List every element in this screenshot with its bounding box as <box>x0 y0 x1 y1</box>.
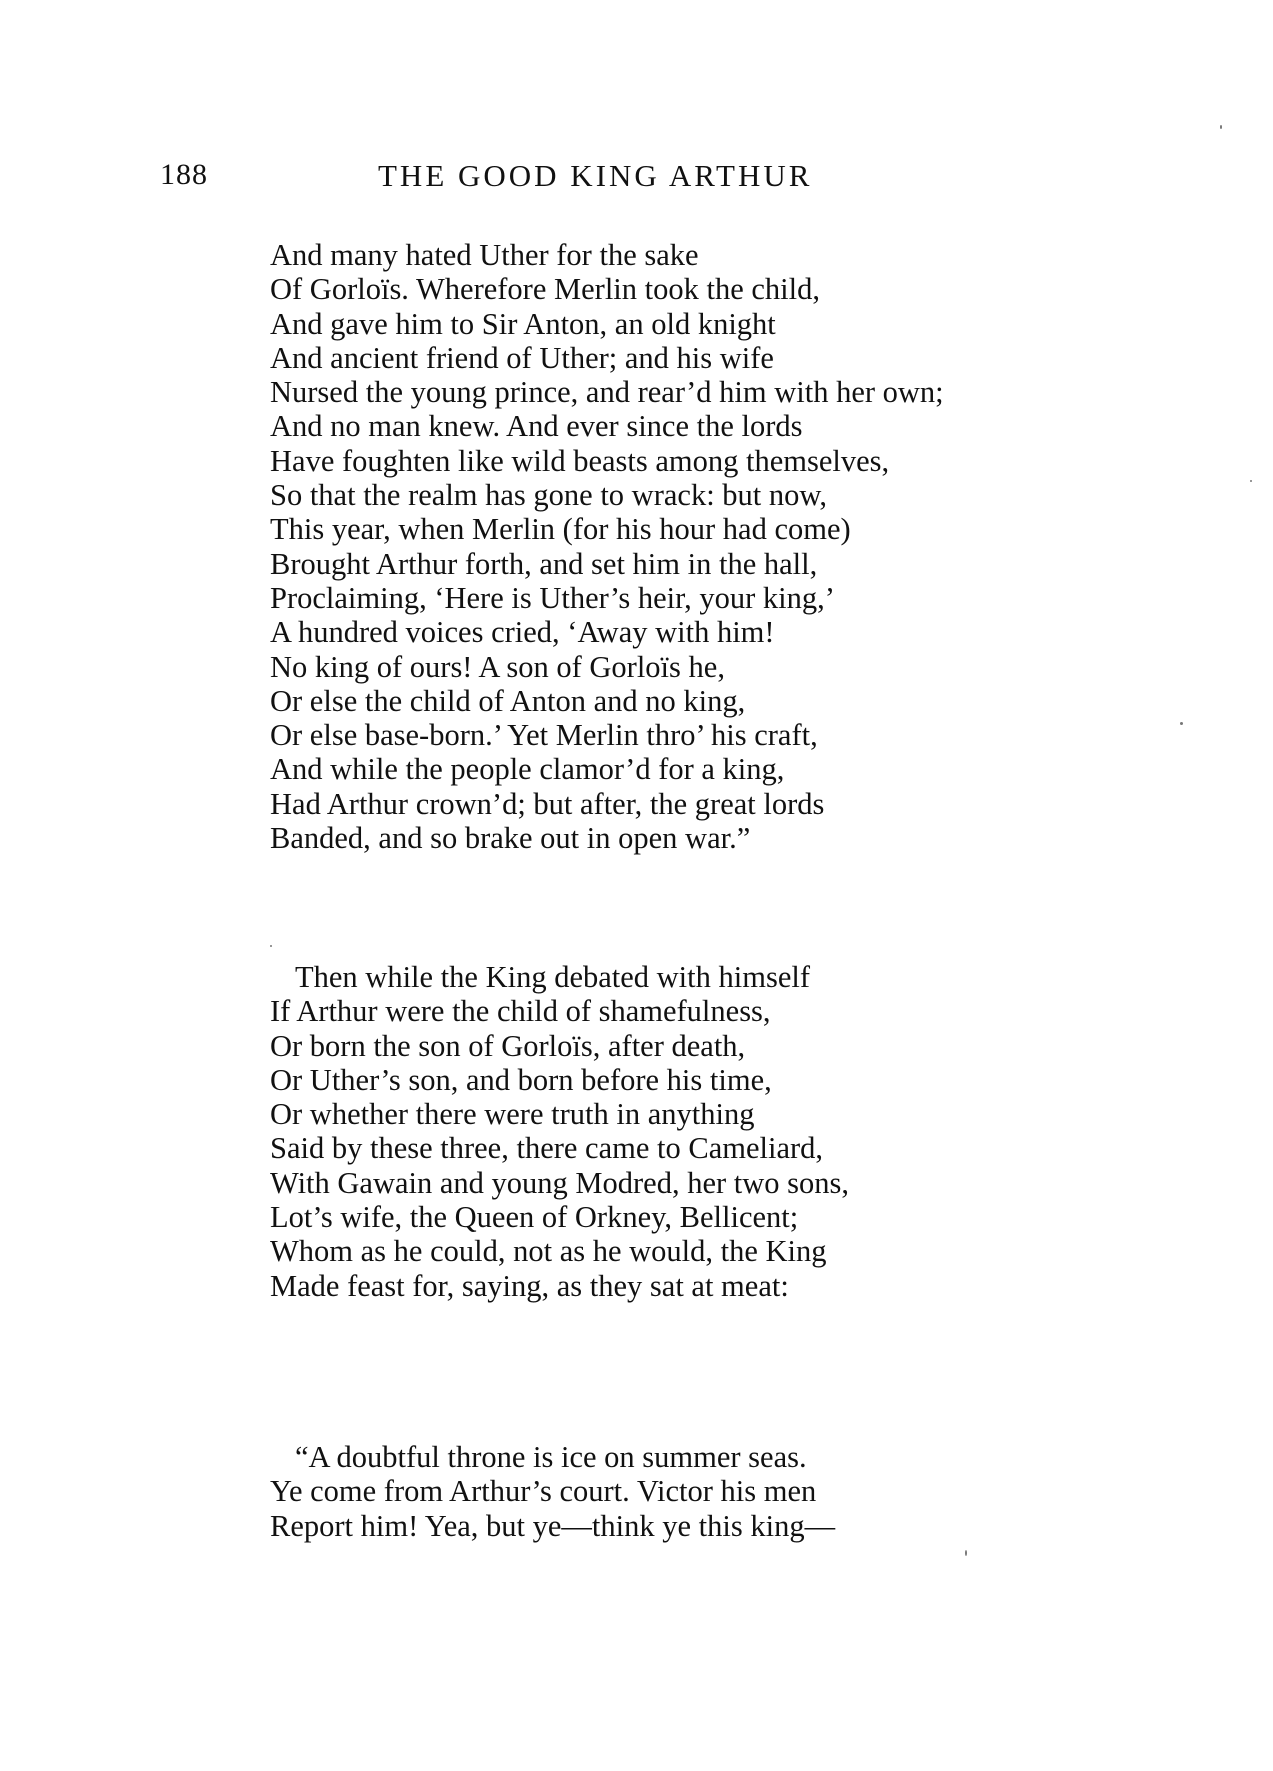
verse-line: Or else base-born.’ Yet Merlin thro’ his… <box>270 718 944 752</box>
verse-line: And no man knew. And ever since the lord… <box>270 409 944 443</box>
running-head: 188 THE GOOD KING ARTHUR <box>160 158 940 198</box>
verse-line: Or else the child of Anton and no king, <box>270 684 944 718</box>
page-number: 188 <box>160 158 208 192</box>
verse-line: If Arthur were the child of shamefulness… <box>270 994 849 1028</box>
running-title: THE GOOD KING ARTHUR <box>378 158 812 194</box>
stanza-2: Then while the King debated with himself… <box>270 960 849 1303</box>
verse-line: Of Gorloïs. Wherefore Merlin took the ch… <box>270 272 944 306</box>
verse-line: Then while the King debated with himself <box>270 960 849 994</box>
verse-line: Have foughten like wild beasts among the… <box>270 444 944 478</box>
verse-line: And gave him to Sir Anton, an old knight <box>270 307 944 341</box>
verse-line: No king of ours! A son of Gorloïs he, <box>270 650 944 684</box>
scan-speck <box>1250 480 1252 482</box>
verse-line: Or Uther’s son, and born before his time… <box>270 1063 849 1097</box>
verse-line: Nursed the young prince, and rear’d him … <box>270 375 944 409</box>
scan-speck <box>1220 125 1222 129</box>
scan-speck <box>1180 722 1183 725</box>
verse-line: Had Arthur crown’d; but after, the great… <box>270 787 944 821</box>
verse-line: A hundred voices cried, ‘Away with him! <box>270 615 944 649</box>
verse-line: And while the people clamor’d for a king… <box>270 752 944 786</box>
scan-speck <box>270 945 272 947</box>
verse-line: So that the realm has gone to wrack: but… <box>270 478 944 512</box>
verse-line: Banded, and so brake out in open war.” <box>270 821 944 855</box>
stanza-3: “A doubtful throne is ice on summer seas… <box>270 1440 835 1543</box>
verse-line: And ancient friend of Uther; and his wif… <box>270 341 944 375</box>
verse-line: Lot’s wife, the Queen of Orkney, Bellice… <box>270 1200 849 1234</box>
verse-line: And many hated Uther for the sake <box>270 238 944 272</box>
verse-line: Whom as he could, not as he would, the K… <box>270 1234 849 1268</box>
verse-line: Or born the son of Gorloïs, after death, <box>270 1029 849 1063</box>
verse-line: Or whether there were truth in anything <box>270 1097 849 1131</box>
book-page: 188 THE GOOD KING ARTHUR And many hated … <box>0 0 1273 1771</box>
scan-speck <box>965 1550 967 1556</box>
verse-line: Report him! Yea, but ye—think ye this ki… <box>270 1509 835 1543</box>
verse-line: Ye come from Arthur’s court. Victor his … <box>270 1474 835 1508</box>
verse-line: Said by these three, there came to Camel… <box>270 1131 849 1165</box>
verse-line: With Gawain and young Modred, her two so… <box>270 1166 849 1200</box>
verse-line: Brought Arthur forth, and set him in the… <box>270 547 944 581</box>
verse-line: “A doubtful throne is ice on summer seas… <box>270 1440 835 1474</box>
verse-line: This year, when Merlin (for his hour had… <box>270 512 944 546</box>
verse-line: Made feast for, saying, as they sat at m… <box>270 1269 849 1303</box>
stanza-1: And many hated Uther for the sake Of Gor… <box>270 238 944 855</box>
verse-line: Proclaiming, ‘Here is Uther’s heir, your… <box>270 581 944 615</box>
